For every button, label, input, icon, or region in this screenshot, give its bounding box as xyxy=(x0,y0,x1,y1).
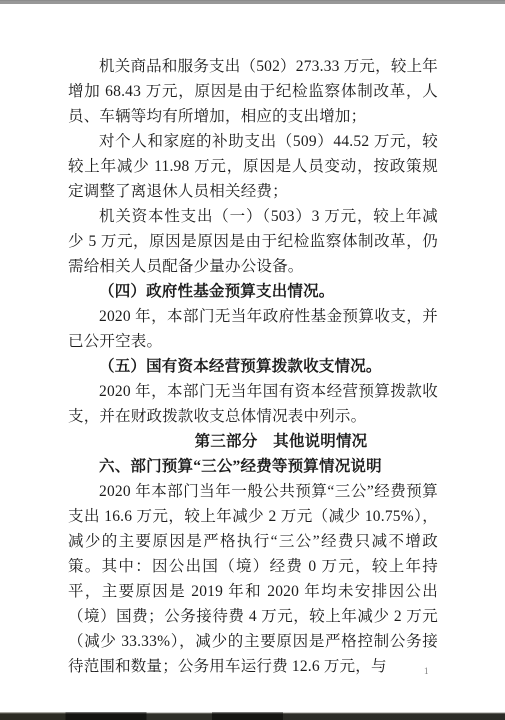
paragraph-body-6: 2020 年，本部门无当年国有资本经营预算拨款收支，并在财政拨款收支总体情况表中… xyxy=(68,379,438,429)
paragraph-center-heading-7: 第三部分 其他说明情况 xyxy=(68,429,438,454)
document-viewer: 机关商品和服务支出（502）273.33 万元，较上年增加 68.43 万元，原… xyxy=(0,0,505,720)
window-bottom-edge-bar xyxy=(0,712,505,720)
document-page-content: 机关商品和服务支出（502）273.33 万元，较上年增加 68.43 万元，原… xyxy=(68,54,438,679)
paragraph-body-9: 2020 年本部门当年一般公共预算“三公”经费预算支出 16.6 万元，较上年减… xyxy=(68,479,438,679)
paragraph-heading-3: （四）政府性基金预算支出情况。 xyxy=(68,279,438,304)
paragraph-body-2: 机关资本性支出（一）（503）3 万元，较上年减少 5 万元，原因是原因是由于纪… xyxy=(68,204,438,279)
paragraph-heading-8: 六、部门预算“三公”经费等预算情况说明 xyxy=(68,454,438,479)
page-top-edge-bar xyxy=(0,0,505,4)
paragraph-body-4: 2020 年，本部门无当年政府性基金预算收支，并已公开空表。 xyxy=(68,304,438,354)
page-number: 1 xyxy=(424,665,429,677)
paragraph-heading-5: （五）国有资本经营预算拨款收支情况。 xyxy=(68,354,438,379)
paragraph-body-1: 对个人和家庭的补助支出（509）44.52 万元，较较上年减少 11.98 万元… xyxy=(68,129,438,204)
paragraph-body-0: 机关商品和服务支出（502）273.33 万元，较上年增加 68.43 万元，原… xyxy=(68,54,438,129)
